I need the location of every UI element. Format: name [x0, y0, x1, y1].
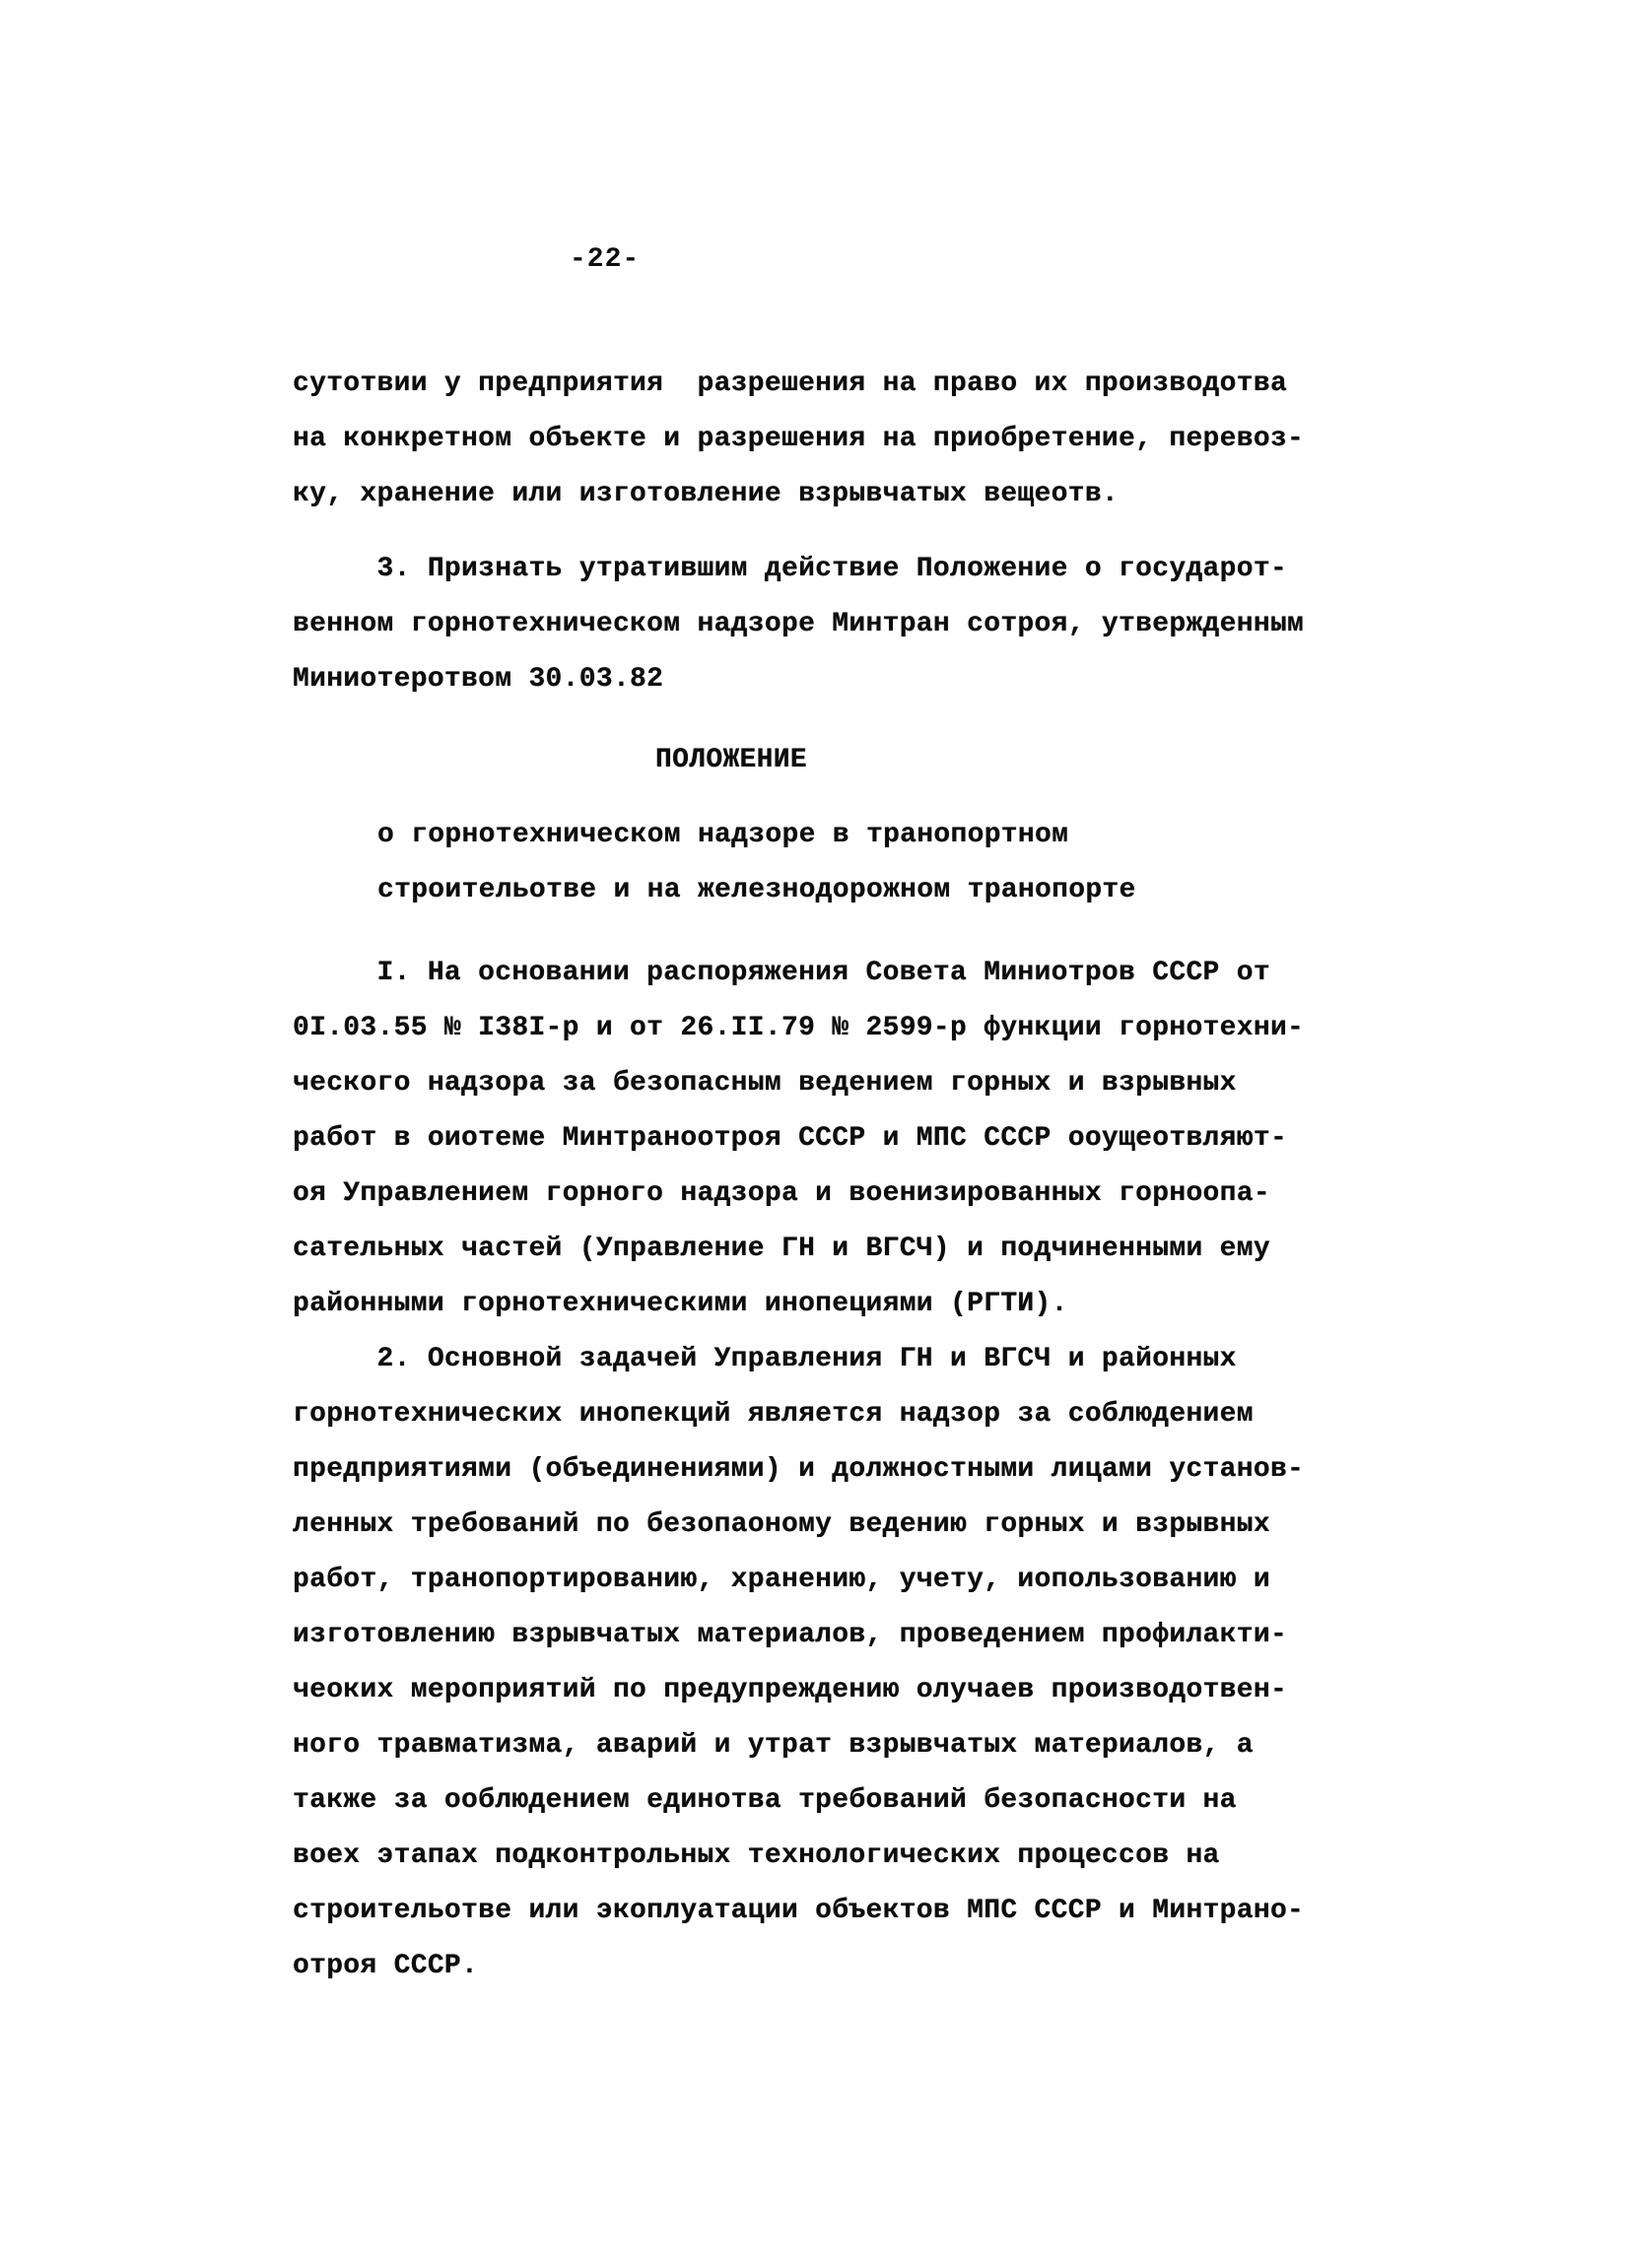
text-line: воех этапах подконтрольных технологическ…: [293, 1829, 1337, 1884]
section-subtitle: о горнотехническом надзоре в транопортно…: [377, 808, 1337, 918]
text-line: отроя СССР.: [293, 1939, 1337, 1994]
text-line: 3. Признать утратившим действие Положени…: [293, 542, 1337, 597]
section-heading-wrap: ПОЛОЖЕНИЕ: [293, 733, 1170, 788]
text-line: 2. Основной задачей Управления ГН и ВГСЧ…: [293, 1332, 1337, 1387]
subtitle-line: строительотве и на железнодорожном трано…: [377, 863, 1337, 918]
text-line: работ в оиотеме Минтраноотроя СССР и МПС…: [293, 1111, 1337, 1167]
text-line: 0I.03.55 № I38I-р и от 26.II.79 № 2599-р…: [293, 1001, 1337, 1056]
text-line: горнотехнических инопекций является надз…: [293, 1387, 1337, 1442]
document-page: -22- сутотвии у предприятия разрешения н…: [0, 0, 1630, 2268]
text-line: I. На основании распоряжения Совета Мини…: [293, 946, 1337, 1001]
text-line: ного травматизма, аварий и утрат взрывча…: [293, 1718, 1337, 1773]
text-line: ленных требований по безопаоному ведению…: [293, 1498, 1337, 1553]
text-line: работ, транопортированию, хранению, учет…: [293, 1553, 1337, 1608]
text-line: изготовлению взрывчатых материалов, пров…: [293, 1608, 1337, 1663]
text-line: венном горнотехническом надзоре Минтран …: [293, 597, 1337, 652]
section-heading: ПОЛОЖЕНИЕ: [293, 733, 1170, 788]
text-line: сутотвии у предприятия разрешения на пра…: [293, 357, 1337, 412]
text-line: оя Управлением горного надзора и военизи…: [293, 1167, 1337, 1222]
text-line: на конкретном объекте и разрешения на пр…: [293, 412, 1337, 467]
text-line: предприятиями (объединениями) и должност…: [293, 1442, 1337, 1498]
text-line: сательных частей (Управление ГН и ВГСЧ) …: [293, 1222, 1337, 1277]
text-line: чеоких мероприятий по предупреждению олу…: [293, 1663, 1337, 1718]
text-line: районными горнотехническими инопециями (…: [293, 1277, 1337, 1332]
text-column: сутотвии у предприятия разрешения на пра…: [293, 357, 1337, 1994]
subtitle-line: о горнотехническом надзоре в транопортно…: [377, 808, 1337, 863]
text-line: Миниотеротвом 30.03.82: [293, 652, 1337, 707]
text-line: ческого надзора за безопасным ведением г…: [293, 1056, 1337, 1111]
page-number: -22-: [570, 244, 640, 275]
text-line: строительотве или экоплуатации объектов …: [293, 1884, 1337, 1939]
text-line: ку, хранение или изготовление взрывчатых…: [293, 467, 1337, 522]
text-line: также за ооблюдением единотва требований…: [293, 1773, 1337, 1829]
